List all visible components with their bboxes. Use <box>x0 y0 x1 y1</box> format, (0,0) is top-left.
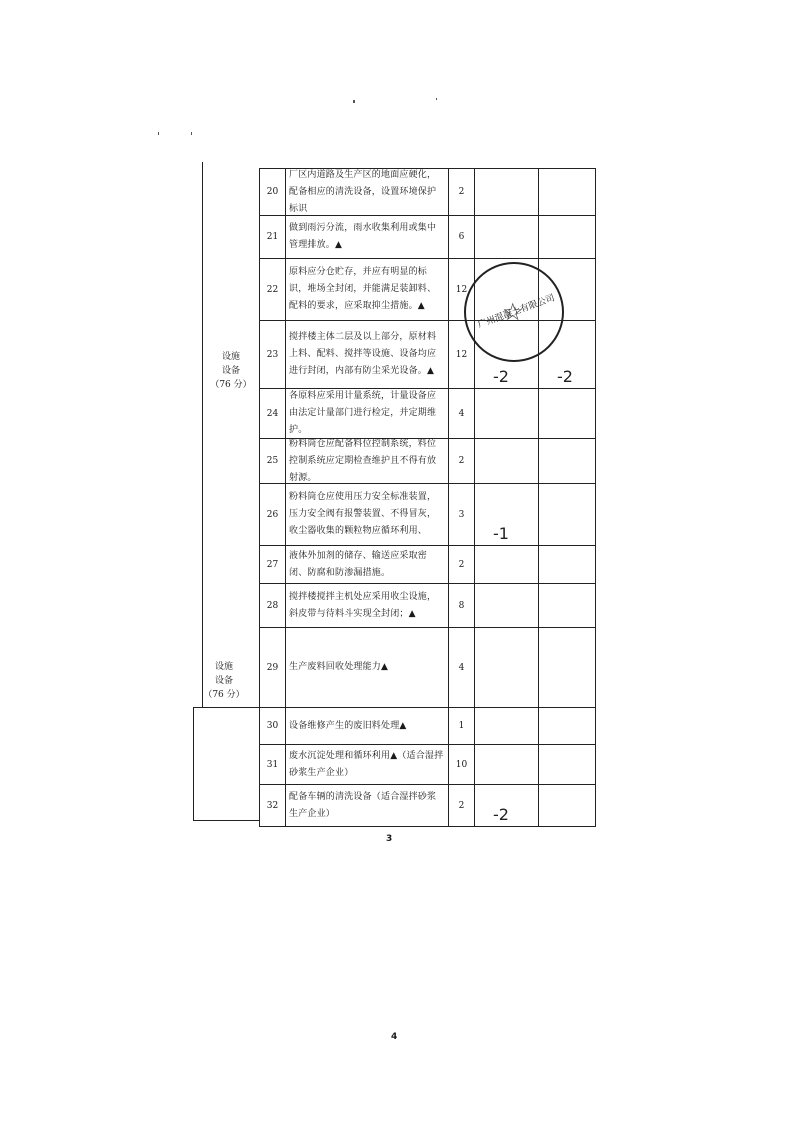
category-line1: 设施 <box>196 660 252 674</box>
row-score: 10 <box>448 744 475 785</box>
deduction-cell-1 <box>474 388 539 439</box>
category-line1: 设施 <box>203 350 259 364</box>
row-score: 4 <box>448 627 475 708</box>
scan-speck <box>353 100 355 103</box>
deduction-cell-2 <box>538 168 596 216</box>
row-number: 31 <box>259 744 286 785</box>
category-label-lower: 设施 设备 （76 分） <box>196 660 252 702</box>
deduction-cell-2 <box>538 388 596 439</box>
row-number: 30 <box>259 707 286 745</box>
table-bottom-rule-left <box>193 820 259 821</box>
category-divider <box>193 707 259 708</box>
scan-speck <box>436 98 437 100</box>
row-number: 25 <box>259 438 286 484</box>
row-description: 做到雨污分流，雨水收集利用或集中管理排放。▲ <box>285 215 449 259</box>
deduction-cell-1 <box>474 168 539 216</box>
handwritten-deduction: -2 <box>493 367 509 386</box>
scan-speck <box>158 132 159 135</box>
category-label-upper: 设施 设备 （76 分） <box>203 350 259 392</box>
row-description: 配备车辆的清洗设备（适合湿拌砂浆生产企业） <box>285 784 449 827</box>
deduction-cell-2 <box>538 583 596 628</box>
row-number: 22 <box>259 258 286 321</box>
row-description: 搅拌楼搅拌主机处应采用收尘设施，斜皮带与待料斗实现全封闭；▲ <box>285 583 449 628</box>
row-score: 3 <box>448 483 475 546</box>
row-score: 2 <box>448 545 475 584</box>
row-score: 6 <box>448 215 475 259</box>
category-line2: 设备 <box>203 364 259 378</box>
row-number: 26 <box>259 483 286 546</box>
page-number-inner: 3 <box>386 834 392 844</box>
deduction-cell-2 <box>538 545 596 584</box>
deduction-cell-2 <box>538 483 596 546</box>
category-line3: （76 分） <box>203 378 259 392</box>
company-seal: ☆ 广州混凝土有限公司 <box>464 262 564 362</box>
deduction-cell-2 <box>538 707 596 745</box>
deduction-cell-1 <box>474 744 539 785</box>
row-description: 各原料应采用计量系统，计量设备应由法定计量部门进行检定，并定期维护。 <box>285 388 449 439</box>
row-score: 2 <box>448 168 475 216</box>
handwritten-deduction: -2 <box>493 805 509 824</box>
handwritten-deduction: -2 <box>557 367 573 386</box>
deduction-cell-1 <box>474 627 539 708</box>
table-left-rule <box>202 162 203 708</box>
row-score: 8 <box>448 583 475 628</box>
category-line2: 设备 <box>196 674 252 688</box>
row-score: 1 <box>448 707 475 745</box>
deduction-cell-1 <box>474 545 539 584</box>
row-score: 4 <box>448 388 475 439</box>
row-description: 生产废料回收处理能力▲ <box>285 627 449 708</box>
deduction-cell-2 <box>538 627 596 708</box>
row-number: 29 <box>259 627 286 708</box>
deduction-cell-1: -1 <box>474 483 539 546</box>
row-description: 液体外加剂的储存、输送应采取密闭、防腐和防渗漏措施。 <box>285 545 449 584</box>
row-description: 粉料筒仓应使用压力安全标准装置，压力安全阀有报警装置、不得冒灰，收尘器收集的颗粒… <box>285 483 449 546</box>
row-description: 废水沉淀处理和循环利用▲（适合湿拌砂浆生产企业） <box>285 744 449 785</box>
row-score: 2 <box>448 438 475 484</box>
row-number: 21 <box>259 215 286 259</box>
row-number: 23 <box>259 320 286 389</box>
row-number: 28 <box>259 583 286 628</box>
deduction-cell-2 <box>538 438 596 484</box>
row-number: 27 <box>259 545 286 584</box>
row-description: 搅拌楼主体二层及以上部分，原材料上料、配料、搅拌等设施、设备均应进行封闭，内部有… <box>285 320 449 389</box>
row-description: 原料应分仓贮存，并应有明显的标识，堆场全封闭，并能满足装卸料、配料的要求，应采取… <box>285 258 449 321</box>
row-description: 厂区内道路及生产区的地面应硬化，配备相应的清洗设备，设置环境保护标识 <box>285 168 449 216</box>
deduction-cell-1: -2 <box>474 784 539 827</box>
deduction-cell-2 <box>538 744 596 785</box>
row-number: 20 <box>259 168 286 216</box>
table-left-rule-bottom <box>193 707 194 820</box>
deduction-cell-1 <box>474 438 539 484</box>
handwritten-deduction: -1 <box>493 524 509 543</box>
deduction-cell-2 <box>538 784 596 827</box>
row-description: 设备维修产生的废旧料处理▲ <box>285 707 449 745</box>
row-number: 24 <box>259 388 286 439</box>
row-number: 32 <box>259 784 286 827</box>
page-number-outer: 4 <box>391 1032 397 1042</box>
deduction-cell-2 <box>538 215 596 259</box>
deduction-cell-1 <box>474 215 539 259</box>
deduction-cell-1 <box>474 583 539 628</box>
category-line3: （76 分） <box>196 688 252 702</box>
deduction-cell-1 <box>474 707 539 745</box>
row-description: 粉料筒仓应配备料位控制系统，料位控制系统应定期检查维护且不得有放射源。 <box>285 438 449 484</box>
row-score: 2 <box>448 784 475 827</box>
scan-speck <box>191 132 192 135</box>
